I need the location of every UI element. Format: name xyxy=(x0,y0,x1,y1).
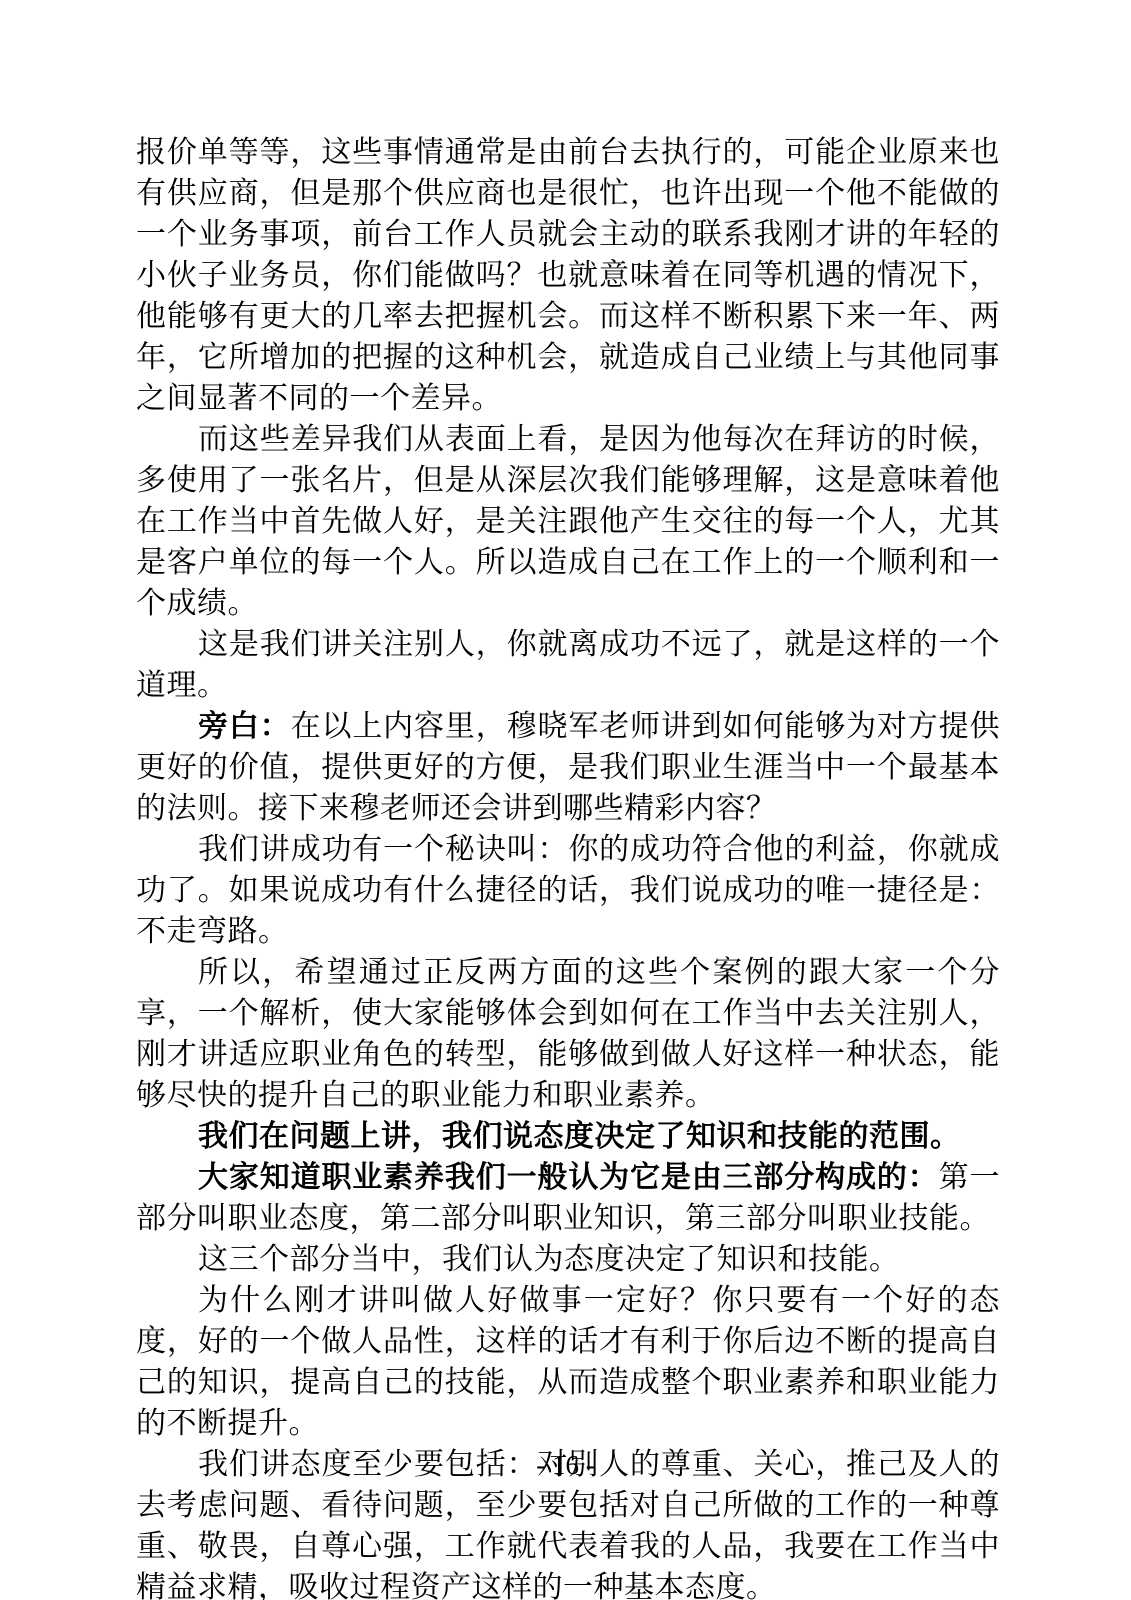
paragraph: 而这些差异我们从表面上看，是因为他每次在拜访的时候，多使用了一张名片，但是从深层… xyxy=(136,419,1000,624)
paragraph-text-bold: 旁白： xyxy=(198,710,291,743)
paragraph: 所以，希望通过正反两方面的这些个案例的跟大家一个分享，一个解析，使大家能够体会到… xyxy=(136,952,1000,1116)
paragraph: 我们讲成功有一个秘诀叫：你的成功符合他的利益，你就成功了。如果说成功有什么捷径的… xyxy=(136,829,1000,952)
paragraph: 我们在问题上讲，我们说态度决定了知识和技能的范围。 xyxy=(136,1116,1000,1157)
paragraph: 大家知道职业素养我们一般认为它是由三部分构成的：第一部分叫职业态度，第二部分叫职… xyxy=(136,1157,1000,1239)
paragraph: 这是我们讲关注别人，你就离成功不远了，就是这样的一个道理。 xyxy=(136,624,1000,706)
paragraph: 这三个部分当中，我们认为态度决定了知识和技能。 xyxy=(136,1239,1000,1280)
paragraph-text-bold: 大家知道职业素养我们一般认为它是由三部分构成的： xyxy=(198,1161,939,1194)
paragraph: 为什么刚才讲叫做人好做事一定好？你只要有一个好的态度，好的一个做人品性，这样的话… xyxy=(136,1280,1000,1444)
document-page: 报价单等等，这些事情通常是由前台去执行的，可能企业原来也有供应商，但是那个供应商… xyxy=(0,0,1131,1600)
paragraph-text: 这三个部分当中，我们认为态度决定了知识和技能。 xyxy=(198,1243,900,1276)
page-number: - 16 - xyxy=(0,1448,1131,1482)
paragraph-text: 而这些差异我们从表面上看，是因为他每次在拜访的时候，多使用了一张名片，但是从深层… xyxy=(136,423,1000,620)
paragraph-text: 我们讲成功有一个秘诀叫：你的成功符合他的利益，你就成功了。如果说成功有什么捷径的… xyxy=(136,833,1000,948)
paragraph: 旁白：在以上内容里，穆晓军老师讲到如何能够为对方提供更好的价值，提供更好的方便，… xyxy=(136,706,1000,829)
paragraph: 报价单等等，这些事情通常是由前台去执行的，可能企业原来也有供应商，但是那个供应商… xyxy=(136,132,1000,419)
document-body: 报价单等等，这些事情通常是由前台去执行的，可能企业原来也有供应商，但是那个供应商… xyxy=(136,132,1000,1600)
paragraph-text: 所以，希望通过正反两方面的这些个案例的跟大家一个分享，一个解析，使大家能够体会到… xyxy=(136,956,1000,1112)
paragraph-text: 为什么刚才讲叫做人好做事一定好？你只要有一个好的态度，好的一个做人品性，这样的话… xyxy=(136,1284,1000,1440)
paragraph-text: 报价单等等，这些事情通常是由前台去执行的，可能企业原来也有供应商，但是那个供应商… xyxy=(136,136,1000,415)
paragraph-text-bold: 我们在问题上讲，我们说态度决定了知识和技能的范围。 xyxy=(198,1120,961,1153)
paragraph-text: 这是我们讲关注别人，你就离成功不远了，就是这样的一个道理。 xyxy=(136,628,1000,702)
